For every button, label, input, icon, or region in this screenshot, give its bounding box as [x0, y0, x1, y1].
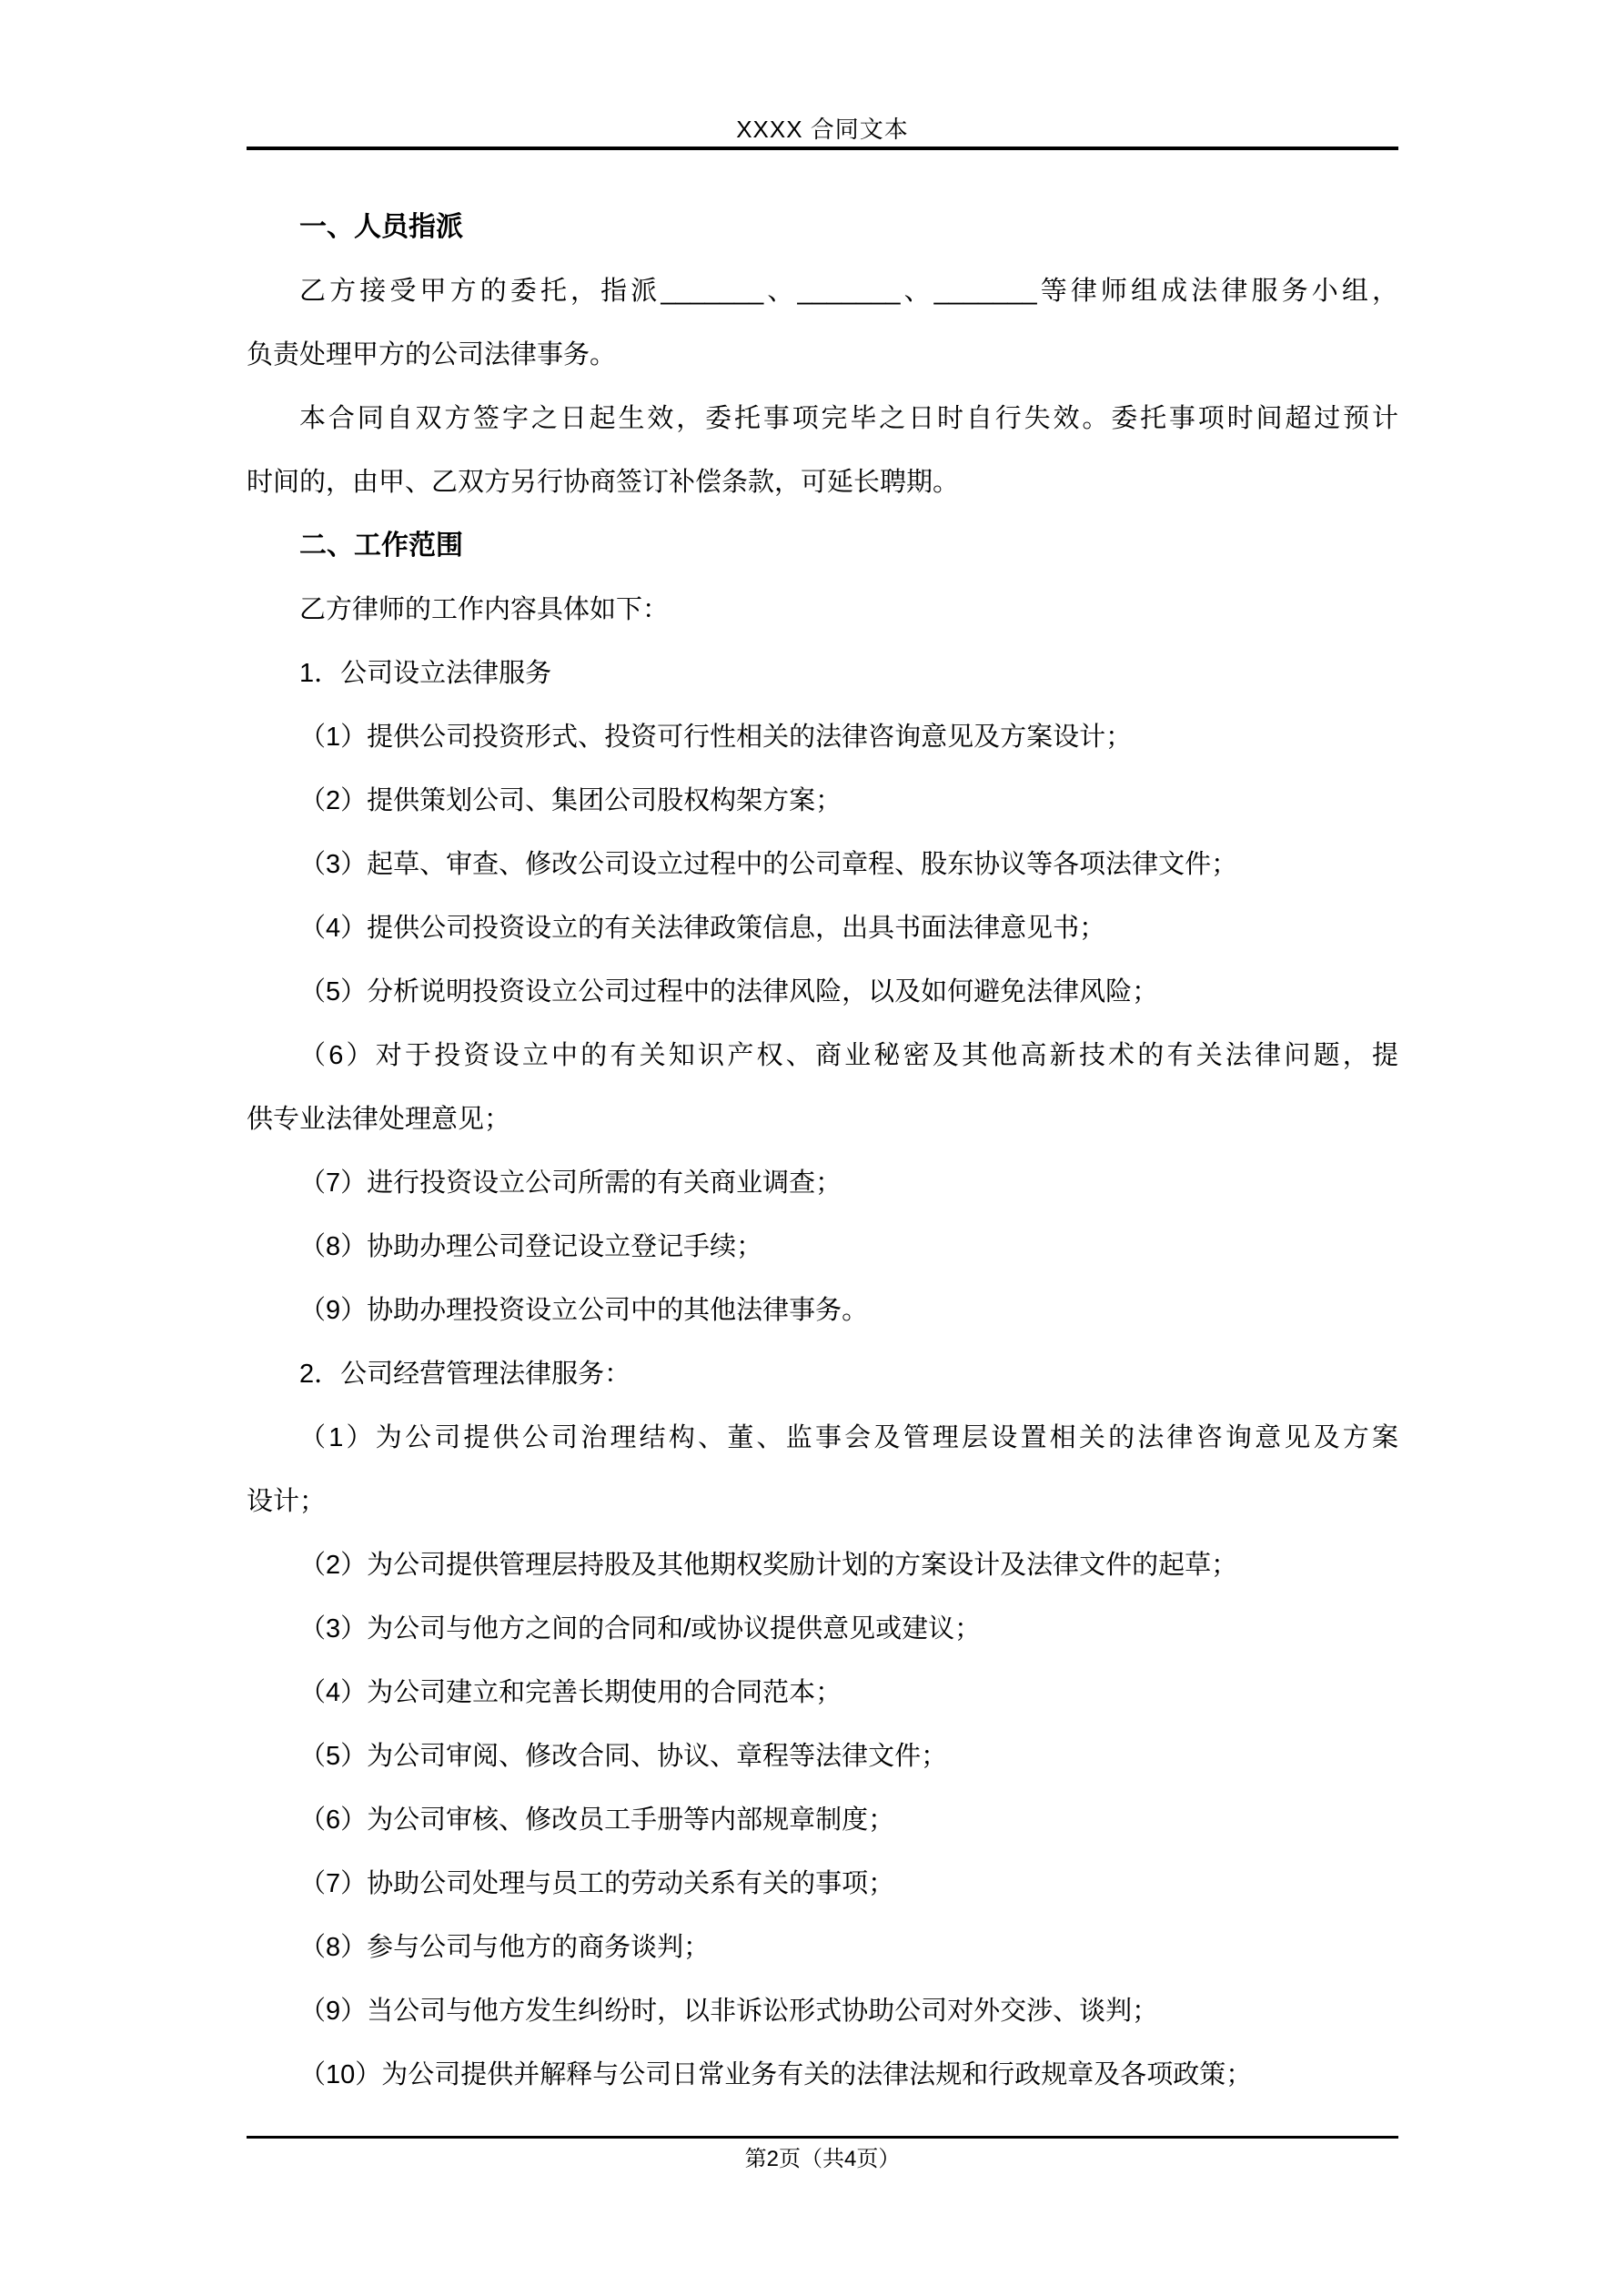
- document-line: （7）协助公司处理与员工的劳动关系有关的事项；: [247, 1852, 1398, 1916]
- document-line: （2）为公司提供管理层持股及其他期权奖励计划的方案设计及法律文件的起草；: [247, 1533, 1398, 1597]
- document-line: （7）进行投资设立公司所需的有关商业调查；: [247, 1151, 1398, 1215]
- document-line: （4）提供公司投资设立的有关法律政策信息，出具书面法律意见书；: [247, 896, 1398, 960]
- document-line: （8）参与公司与他方的商务谈判；: [247, 1916, 1398, 1979]
- document-line: （8）协助办理公司登记设立登记手续；: [247, 1215, 1398, 1279]
- document-line: （10）为公司提供并解释与公司日常业务有关的法律法规和行政规章及各项政策；: [247, 2043, 1398, 2107]
- document-line: （1）提供公司投资形式、投资可行性相关的法律咨询意见及方案设计；: [247, 705, 1398, 769]
- document-line: （1）为公司提供公司治理结构、董、监事会及管理层设置相关的法律咨询意见及方案: [247, 1406, 1398, 1470]
- document-line: 二、工作范围: [247, 514, 1398, 578]
- document-line: （9）协助办理投资设立公司中的其他法律事务。: [247, 1279, 1398, 1342]
- document-line: 设计；: [247, 1470, 1398, 1533]
- document-line: （3）起草、审查、修改公司设立过程中的公司章程、股东协议等各项法律文件；: [247, 833, 1398, 896]
- document-line: 供专业法律处理意见；: [247, 1087, 1398, 1151]
- document-line: （6）对于投资设立中的有关知识产权、商业秘密及其他高新技术的有关法律问题，提: [247, 1024, 1398, 1087]
- document-line: （9）当公司与他方发生纠纷时，以非诉讼形式协助公司对外交涉、谈判；: [247, 1979, 1398, 2043]
- document-line: （6）为公司审核、修改员工手册等内部规章制度；: [247, 1788, 1398, 1852]
- document-line: 乙方律师的工作内容具体如下：: [247, 578, 1398, 642]
- document-line: 本合同自双方签字之日起生效，委托事项完毕之日时自行失效。委托事项时间超过预计: [247, 387, 1398, 450]
- document-body: 一、人员指派乙方接受甲方的委托，指派_______、_______、______…: [247, 196, 1398, 2107]
- document-line: 1．公司设立法律服务: [247, 642, 1398, 705]
- page-number: 第2页（共4页）: [247, 2142, 1398, 2177]
- contract-page: XXXX 合同文本 一、人员指派乙方接受甲方的委托，指派_______、____…: [0, 0, 1624, 2296]
- document-line: （2）提供策划公司、集团公司股权构架方案；: [247, 769, 1398, 833]
- document-line: （5）为公司审阅、修改合同、协议、章程等法律文件；: [247, 1725, 1398, 1788]
- document-line: 一、人员指派: [247, 196, 1398, 259]
- document-line: 2．公司经营管理法律服务：: [247, 1342, 1398, 1406]
- document-line: 负责处理甲方的公司法律事务。: [247, 323, 1398, 387]
- document-line: （5）分析说明投资设立公司过程中的法律风险，以及如何避免法律风险；: [247, 960, 1398, 1024]
- page-header-title: XXXX 合同文本: [247, 115, 1398, 150]
- document-line: （4）为公司建立和完善长期使用的合同范本；: [247, 1661, 1398, 1725]
- footer-rule: [247, 2136, 1398, 2139]
- document-line: 乙方接受甲方的委托，指派_______、_______、_______等律师组成…: [247, 259, 1398, 323]
- document-line: （3）为公司与他方之间的合同和/或协议提供意见或建议；: [247, 1597, 1398, 1661]
- document-line: 时间的，由甲、乙双方另行协商签订补偿条款，可延长聘期。: [247, 450, 1398, 514]
